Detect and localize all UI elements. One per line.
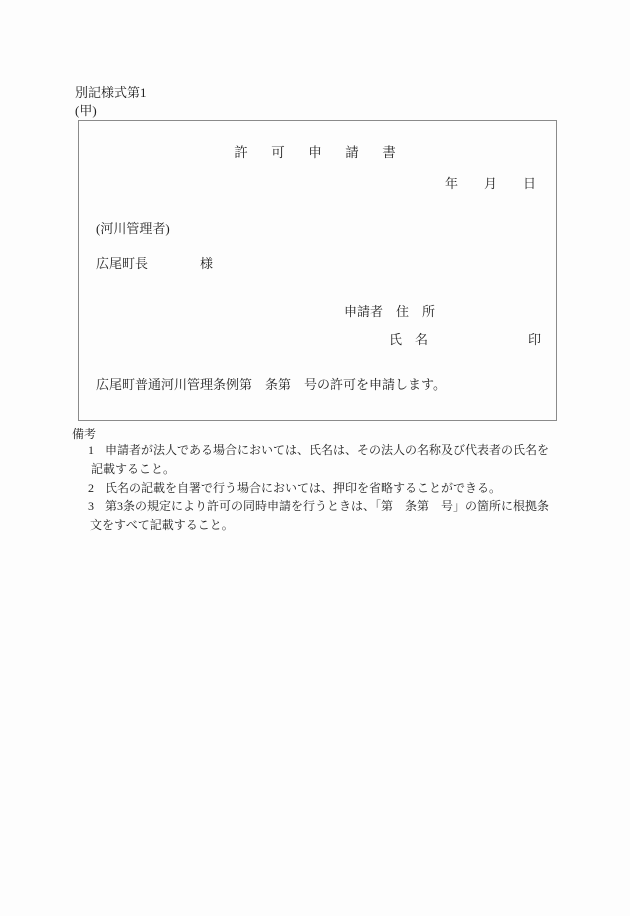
note-item-3-continuation: 文をすべて記載すること。	[90, 519, 234, 531]
document-page: 別記様式第1 (甲) 許 可 申 請 書 年 月 日 (河川管理者) 広尾町長 …	[0, 0, 630, 916]
note-item-2: 2氏名の記載を自署で行う場合においては、押印を省略することができる。	[88, 482, 501, 494]
applicant-address-label: 申請者 住 所	[344, 305, 435, 318]
copy-type-label: (甲)	[75, 104, 97, 117]
application-sentence: 広尾町普通河川管理条例第 条第 号の許可を申請します。	[96, 378, 446, 391]
applicant-name-label: 氏 名	[389, 333, 428, 346]
seal-label: 印	[528, 333, 541, 346]
notes-heading: 備考	[72, 428, 96, 440]
note-1-text-line-1: 申請者が法人である場合においては、氏名は、その法人の名称及び代表者の氏名を	[105, 443, 549, 457]
note-2-text-line-1: 氏名の記載を自署で行う場合においては、押印を省略することができる。	[105, 481, 501, 495]
note-3-text-line-1: 第3条の規定により許可の同時申請を行うときは、「第 条第 号」の箇所に根拠条	[105, 499, 549, 513]
date-line: 年 月 日	[445, 177, 536, 190]
note-item-1: 1申請者が法人である場合においては、氏名は、その法人の名称及び代表者の氏名を	[88, 444, 549, 456]
application-form-box: 許 可 申 請 書 年 月 日 (河川管理者) 広尾町長 様 申請者 住 所 氏…	[78, 120, 557, 421]
river-manager-label: (河川管理者)	[96, 222, 170, 235]
note-1-number: 1	[88, 444, 105, 456]
addressee-line: 広尾町長 様	[96, 257, 213, 270]
note-item-3: 3第3条の規定により許可の同時申請を行うときは、「第 条第 号」の箇所に根拠条	[88, 500, 549, 512]
note-3-number: 3	[88, 500, 105, 512]
form-title: 許 可 申 請 書	[79, 146, 556, 160]
form-id-label: 別記様式第1	[75, 86, 147, 99]
note-2-number: 2	[88, 482, 105, 494]
note-item-1-continuation: 記載すること。	[91, 463, 175, 475]
